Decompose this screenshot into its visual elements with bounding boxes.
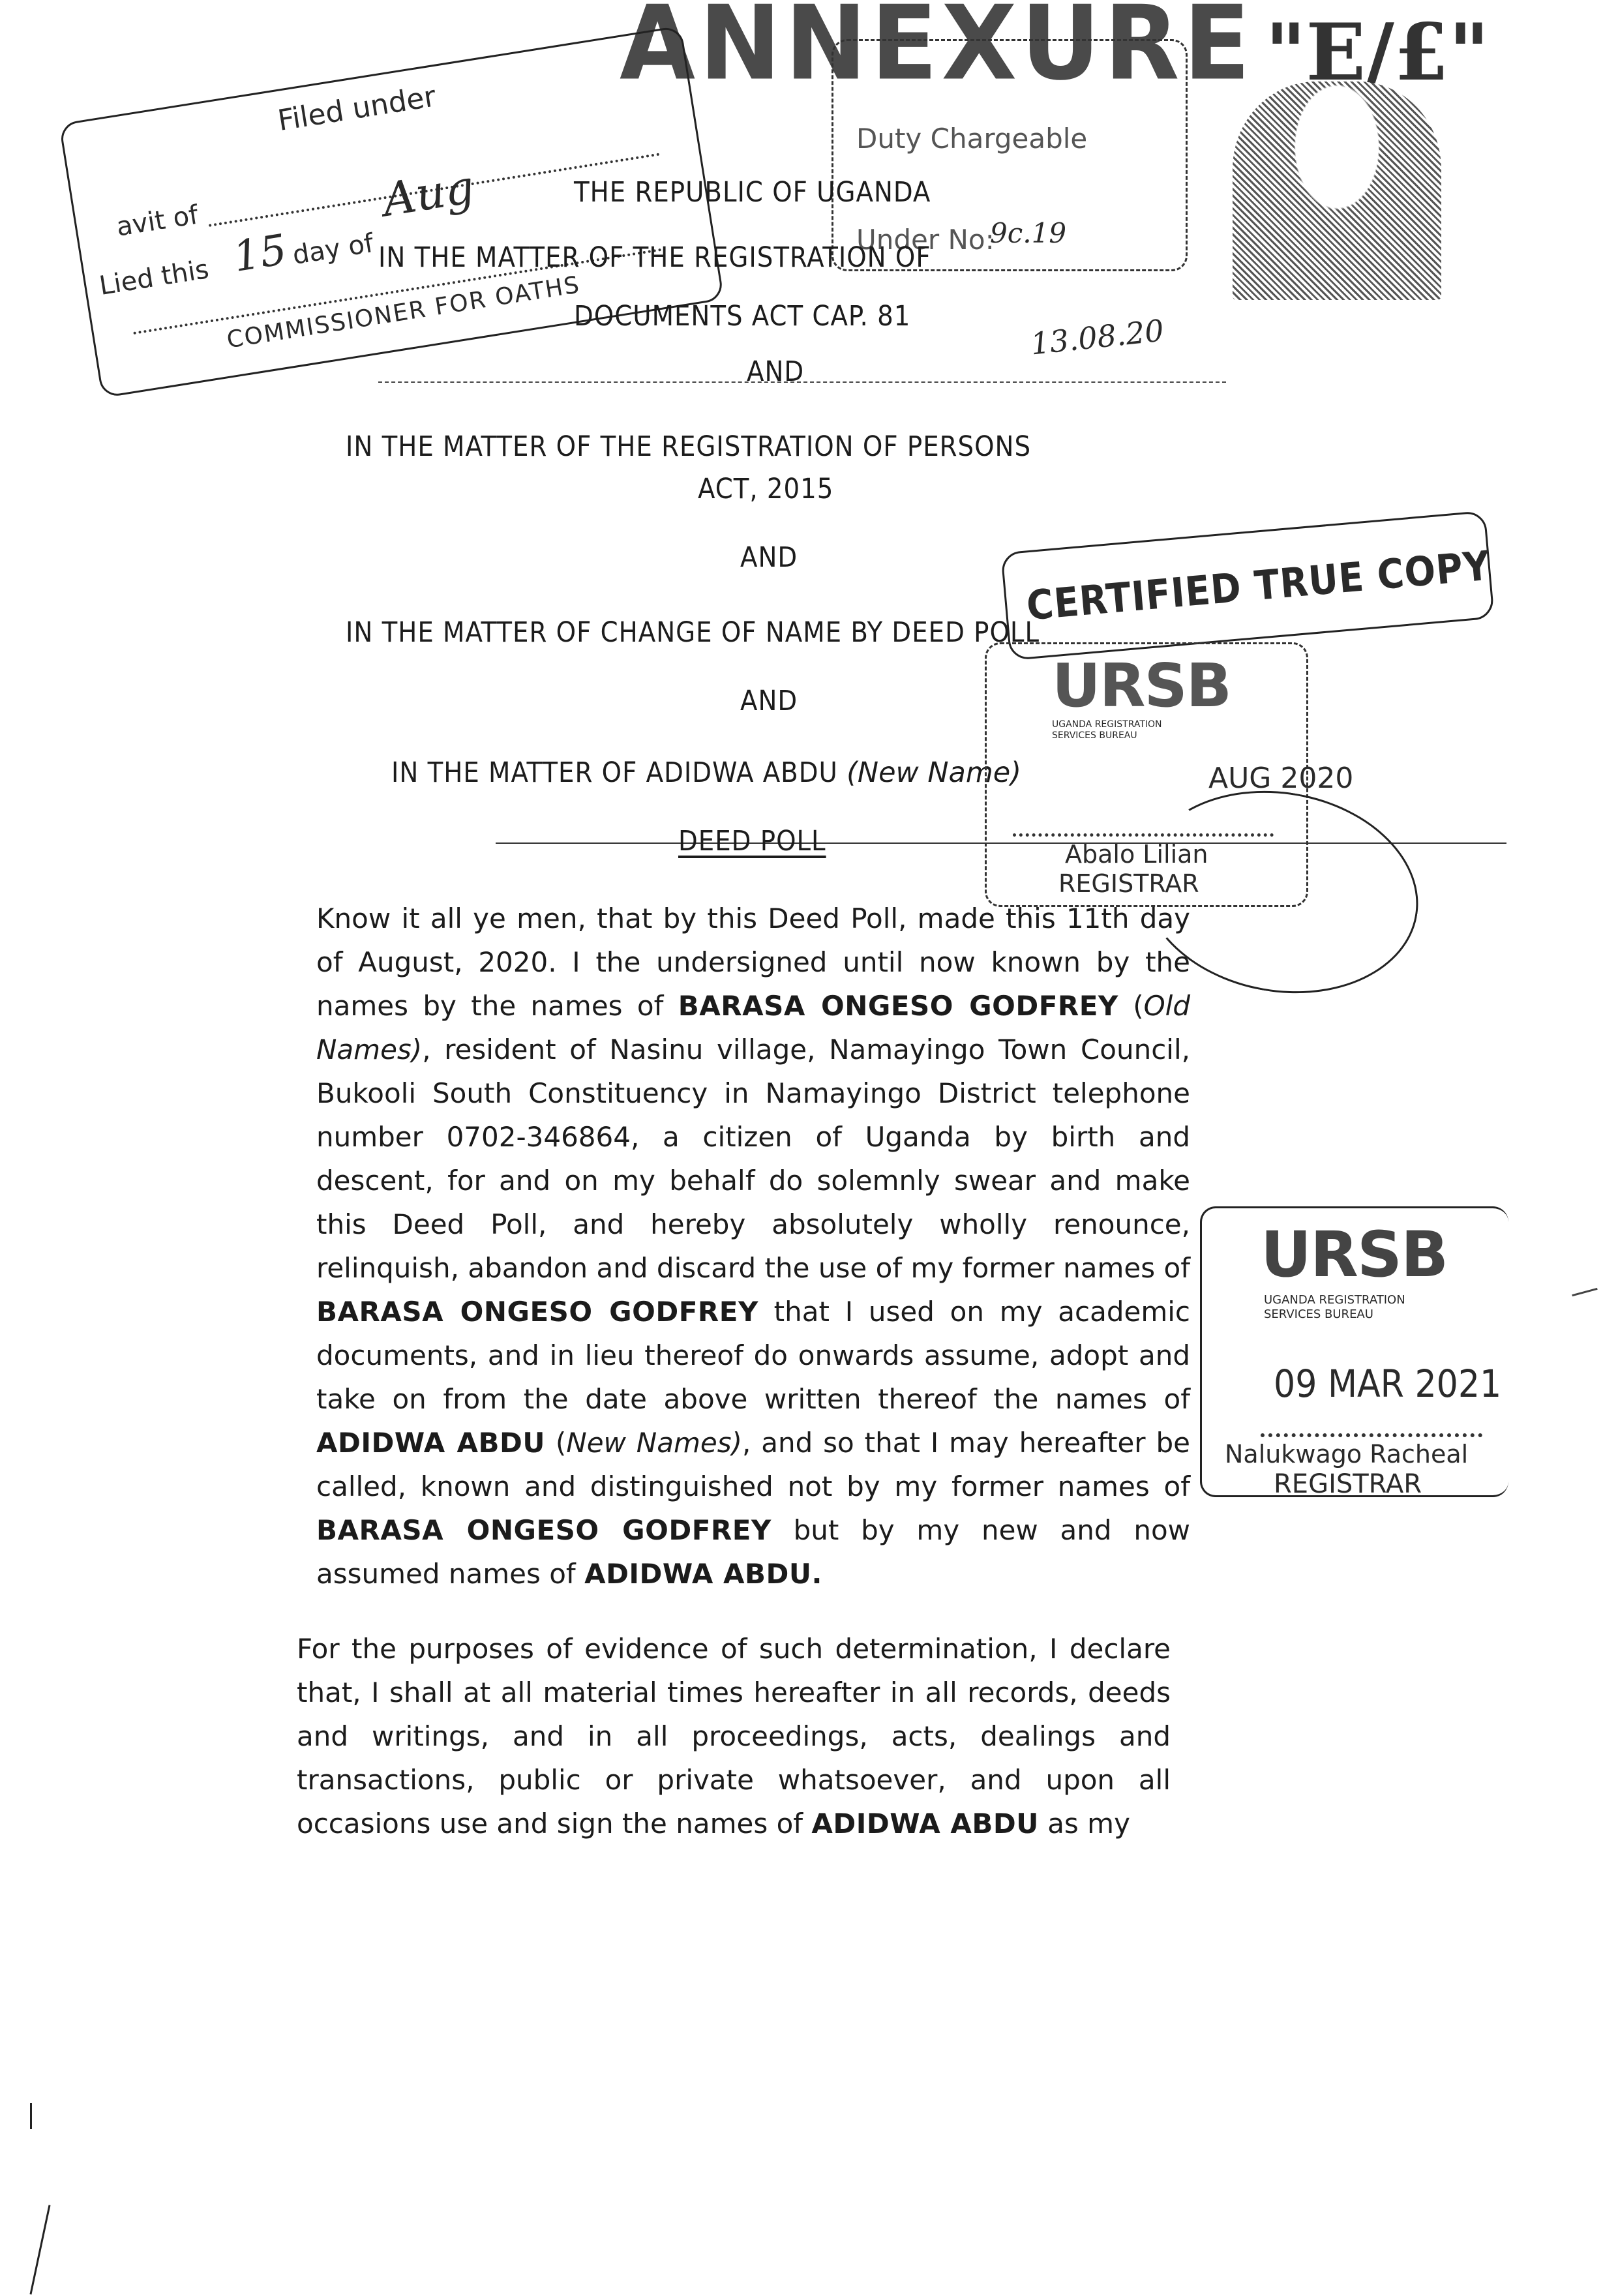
heading-matter-persons-line1: IN THE MATTER OF THE REGISTRATION OF PER… — [346, 430, 1031, 463]
document-title-deed-poll: DEED POLL — [678, 825, 826, 857]
heading-and-3: AND — [740, 685, 798, 717]
portrait-photo — [1233, 82, 1441, 300]
new-name: ADIDWA ABDU — [316, 1427, 545, 1459]
matter-name: IN THE MATTER OF ADIDWA ABDU — [391, 756, 838, 789]
ursb-org-line1: UGANDA REGISTRATION — [1052, 719, 1162, 730]
heading-matter-change-of-name: IN THE MATTER OF CHANGE OF NAME BY DEED … — [346, 616, 1040, 649]
ursb-stamp-2021: URSB UGANDA REGISTRATION SERVICES BUREAU… — [1200, 1206, 1508, 1497]
deed-poll-paragraph-1: Know it all ye men, that by this Deed Po… — [316, 897, 1190, 1596]
heading-republic: THE REPUBLIC OF UGANDA — [574, 176, 931, 209]
ursb-logo: URSB — [1261, 1218, 1447, 1291]
heading-matter-documents-line1: IN THE MATTER OF THE REGISTRATION OF — [378, 241, 931, 274]
heading-and-2: AND — [740, 541, 798, 574]
para1-text-5: ( — [545, 1427, 566, 1459]
heading-and-1: AND — [747, 355, 804, 388]
deed-poll-paragraph-2: For the purposes of evidence of such det… — [297, 1627, 1171, 1845]
ursb-date: 09 MAR 2021 — [1274, 1362, 1501, 1406]
para1-text-3: , resident of Nasinu village, Namayingo … — [316, 1034, 1190, 1284]
certified-true-copy-stamp: CERTIFIED TRUE COPY — [1000, 511, 1495, 661]
old-name: BARASA ONGESO GODFREY — [316, 1296, 758, 1328]
heading-matter-documents-line2: DOCUMENTS ACT CAP. 81 — [574, 300, 910, 333]
old-name: BARASA ONGESO GODFREY — [316, 1514, 772, 1546]
ursb-logo: URSB — [1052, 651, 1231, 721]
commissioner-for-oaths-label: COMMISSIONER FOR OATHS — [225, 271, 582, 353]
scan-mark — [1572, 1288, 1597, 1296]
new-names-label: New Names) — [566, 1427, 742, 1459]
duty-chargeable-stamp: Duty Chargeable Under No: 9c.19 — [831, 39, 1188, 271]
certified-true-copy-label: CERTIFIED TRUE COPY — [1025, 542, 1492, 630]
para1-text-2: ( — [1118, 990, 1144, 1022]
commissioner-day-of: day of — [290, 228, 376, 271]
commissioner-for-oaths-stamp: Filed under avit of Lied this 15 day of … — [59, 25, 725, 398]
ursb-signatory: Nalukwago Racheal — [1225, 1440, 1468, 1469]
commissioner-month-handwritten: Aug — [379, 160, 478, 227]
commissioner-affidavit-of: avit of — [114, 200, 200, 243]
ursb-date: AUG 2020 — [1208, 762, 1353, 795]
commissioner-day-handwritten: 15 — [230, 226, 290, 282]
ursb-role: REGISTRAR — [1274, 1469, 1422, 1499]
dotted-line — [1261, 1433, 1482, 1437]
handwritten-date: 13.08.20 — [1029, 312, 1165, 361]
commissioner-filed-under: Filed under — [275, 80, 438, 138]
heading-matter-adidwa-abdu: IN THE MATTER OF ADIDWA ABDU (New Name) — [391, 756, 1021, 789]
heading-matter-persons-line2: ACT, 2015 — [698, 473, 833, 505]
ursb-org-line2: SERVICES BUREAU — [1264, 1307, 1373, 1321]
commissioner-dated-this: Lied this — [97, 254, 211, 301]
ursb-org-line1: UGANDA REGISTRATION — [1264, 1293, 1405, 1307]
scan-mark — [29, 2205, 50, 2295]
duty-under-no-value: 9c.19 — [990, 217, 1066, 249]
new-name: ADIDWA ABDU — [811, 1808, 1038, 1840]
ursb-org-line2: SERVICES BUREAU — [1052, 730, 1137, 741]
duty-chargeable-label: Duty Chargeable — [856, 123, 1087, 155]
para2-text-2: as my — [1039, 1808, 1130, 1840]
scan-mark — [30, 2103, 32, 2129]
old-name: BARASA ONGESO GODFREY — [678, 990, 1118, 1022]
new-name: ADIDWA ABDU. — [584, 1558, 822, 1590]
